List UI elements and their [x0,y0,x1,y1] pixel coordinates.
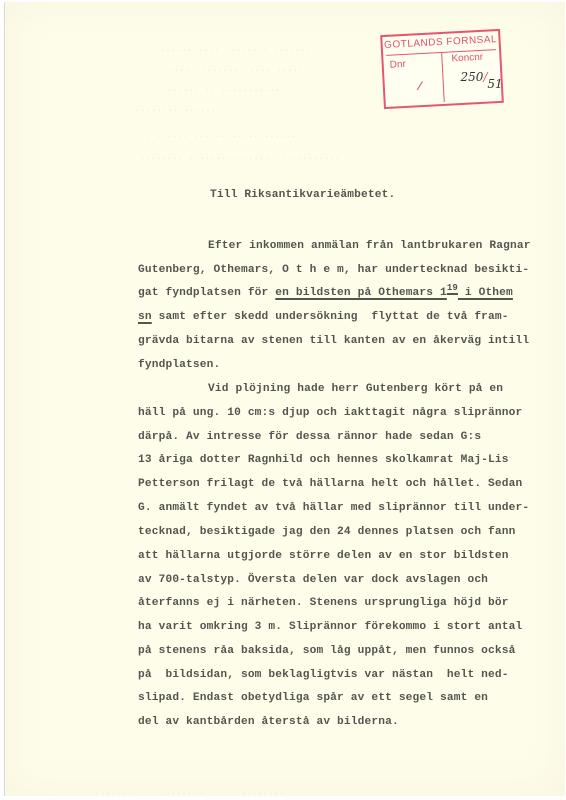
text-segment: gat fyndplatsen för [138,287,275,299]
paragraph1-line: grävda bitarna av stenen till kanten av … [138,335,529,347]
stamp-dnr-mark [417,81,423,90]
underlined-text: i Othem [458,287,513,299]
paragraph2-line: att hällarna utgjorde större delen av en… [138,550,509,562]
paragraph1-line: Gutenberg, Othemars, O t h e m, har unde… [138,264,529,276]
paragraph1-line: gat fyndplatsen för en bildsten på Othem… [138,287,513,299]
paragraph2-line: på bildsidan, som beklagligtvis var näst… [138,669,509,681]
paragraph2-line: tecknad, besiktigade jag den 24 dennes p… [138,526,516,538]
paragraph2-line: 13 åriga dotter Ragnhild och hennes skol… [138,454,509,466]
paragraph2-line: därpå. Av intresse för dessa rännor hade… [138,431,481,443]
paragraph2-line: Petterson frilagt de två hällarna helt o… [138,478,522,490]
bleed-through-text: ....... ....... ........ [95,787,284,797]
paragraph2-line: Vid plöjning hade herr Gutenberg kört på… [208,383,503,395]
paragraph2-line: del av kantbården återstå av bilderna. [138,716,399,728]
paragraph1-line: sn samt efter skedd undersökning flyttat… [138,311,509,323]
bleed-through-text: ...... .. ........... [167,84,280,94]
paragraph2-line: häll på ung. 10 cm:s djup och iakttagit … [138,407,522,419]
koncnr-number: 250 [460,70,483,84]
bleed-through-text: ..... ....... .... ...... [163,64,309,74]
stamp-koncnr-label: Koncnr [451,52,483,65]
paragraph1-line: fyndplatsen. [138,359,220,371]
underlined-text: sn [138,311,152,323]
stamp-title: GOTLANDS FORNSAL [382,34,498,51]
paragraph2-line: ha varit omkring 3 m. Sliprännor förekom… [138,621,522,633]
paragraph2-line: återfanns ej i närheten. Stenens ursprun… [138,597,509,609]
bleed-through-text: ........ . ....... ..... .. ......... [140,152,340,162]
document-page: ........... ..... . ....... ..... ......… [4,2,565,796]
registration-stamp: GOTLANDS FORNSAL Dnr Koncnr 250/51 [380,29,504,109]
bleed-through-text: ........ ....... [135,104,221,114]
underlined-text: en bildsten på Othemars 1 [275,287,447,299]
letter-salutation: Till Riksantikvarieämbetet. [210,189,395,201]
koncnr-year: 51 [487,77,502,91]
bleed-through-text: ........... ..... . ....... [160,44,311,54]
paragraph2-line: på stenens råa baksida, som låg uppåt, m… [138,645,516,657]
paragraph2-line: G. anmält fyndet av två hällar med slipr… [138,502,529,514]
text-segment: samt efter skedd undersökning flyttat de… [152,311,509,323]
paragraph2-line: av 700-talstyp. Översta delen var dock a… [138,574,488,586]
stamp-dnr-label: Dnr [389,59,406,71]
superscript-text: 19 [447,283,458,293]
paragraph1-line: Efter inkommen anmälan från lantbrukaren… [208,240,531,252]
stamp-divider [441,53,445,102]
paragraph2-line: slipad. Endast obetydliga spår av ett se… [138,692,488,704]
stamp-koncnr-value: 250/51 [460,70,502,84]
bleed-through-text: . . .... ... ........ ....... .. [145,130,318,140]
